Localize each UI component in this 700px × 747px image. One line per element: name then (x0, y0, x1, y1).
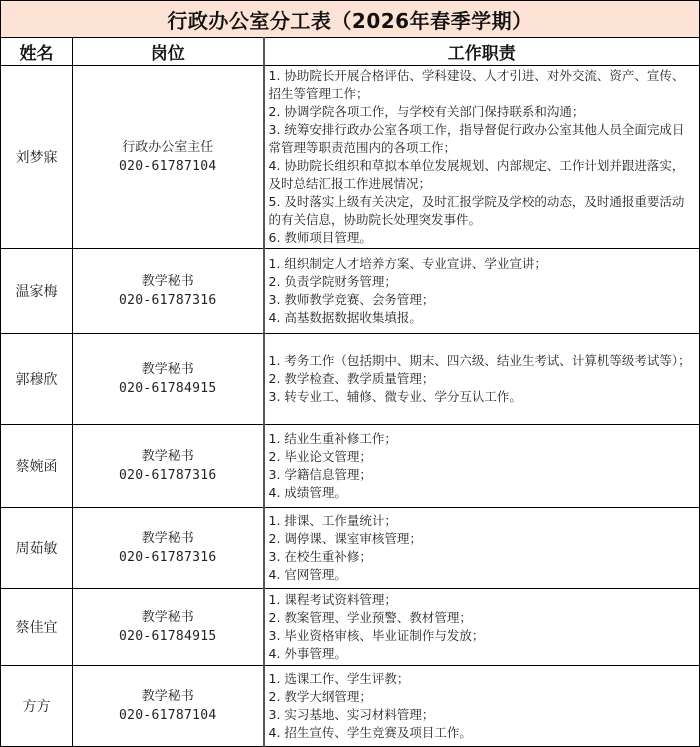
table-row: 方方 教学秘书 020-61787104 1. 选课工作、学生评教； 2. 教学… (1, 666, 700, 747)
duty-item: 1. 结业生重补修工作； (269, 430, 696, 448)
duty-item: 2. 教学大纲管理； (269, 688, 696, 706)
duty-item: 4. 官网管理。 (269, 566, 696, 584)
post-title: 教学秘书 (73, 272, 263, 291)
duty-item: 3. 转专业工、辅修、微专业、学分互认工作。 (269, 388, 696, 406)
duty-item: 2. 教学检查、教学质量管理； (269, 370, 696, 388)
table-row: 郭穆欣 教学秘书 020-61784915 1. 考务工作（包括期中、期末、四六… (1, 334, 700, 425)
duty-item: 3. 在校生重补修； (269, 548, 696, 566)
post-cell: 教学秘书 020-61787104 (73, 666, 264, 747)
duties-cell: 1. 结业生重补修工作； 2. 毕业论文管理； 3. 学籍信息管理； 4. 成绩… (264, 425, 700, 508)
phone-number: 020-61787104 (73, 706, 263, 725)
staff-name: 刘梦寐 (1, 66, 73, 249)
header-row: 姓名 岗位 工作职责 (1, 38, 700, 66)
duty-item: 3. 统筹安排行政办公室各项工作，指导督促行政办公室其他人员全面完成日常管理等职… (269, 121, 696, 157)
duty-item: 1. 课程考试资料管理； (269, 591, 696, 609)
duties-cell: 1. 课程考试资料管理； 2. 教案管理、学业预警、教材管理； 3. 毕业资格审… (264, 589, 700, 666)
duty-item: 4. 协助院长组织和草拟本单位发展规划、内部规定、工作计划并跟进落实，及时总结汇… (269, 157, 696, 193)
phone-number: 020-61787316 (73, 466, 263, 485)
phone-number: 020-61784915 (73, 379, 263, 398)
duty-item: 2. 负责学院财务管理； (269, 273, 696, 291)
column-header-duties: 工作职责 (264, 38, 700, 66)
table-row: 周茹敏 教学秘书 020-61787316 1. 排课、工作量统计； 2. 调停… (1, 508, 700, 589)
duty-item: 3. 学籍信息管理； (269, 466, 696, 484)
phone-number: 020-61784915 (73, 627, 263, 646)
post-title: 教学秘书 (73, 608, 263, 627)
duty-item: 4. 外事管理。 (269, 645, 696, 663)
duty-item: 5. 及时落实上级有关决定，及时汇报学院及学校的动态，及时通报重要活动的有关信息… (269, 193, 696, 229)
post-title: 教学秘书 (73, 360, 263, 379)
duty-item: 4. 高基数据数据收集填报。 (269, 309, 696, 327)
post-cell: 教学秘书 020-61784915 (73, 589, 264, 666)
column-header-post: 岗位 (73, 38, 264, 66)
post-title: 教学秘书 (73, 687, 263, 706)
duty-item: 2. 教案管理、学业预警、教材管理； (269, 609, 696, 627)
table-row: 温家梅 教学秘书 020-61787316 1. 组织制定人才培养方案、专业宣讲… (1, 249, 700, 334)
post-cell: 行政办公室主任 020-61787104 (73, 66, 264, 249)
staff-name: 郭穆欣 (1, 334, 73, 425)
division-of-labor-sheet: 行政办公室分工表（2026年春季学期） 姓名 岗位 工作职责 刘梦寐 行政办公室… (0, 0, 700, 747)
duty-item: 1. 组织制定人才培养方案、专业宣讲、学业宣讲； (269, 255, 696, 273)
duties-cell: 1. 考务工作（包括期中、期末、四六级、结业生考试、计算机等级考试等）； 2. … (264, 334, 700, 425)
duty-item: 1. 协助院长开展合格评估、学科建设、人才引进、对外交流、资产、宣传、招生等管理… (269, 67, 696, 103)
phone-number: 020-61787316 (73, 548, 263, 567)
column-header-name: 姓名 (1, 38, 73, 66)
duty-item: 2. 毕业论文管理； (269, 448, 696, 466)
duty-item: 1. 考务工作（包括期中、期末、四六级、结业生考试、计算机等级考试等）； (269, 352, 696, 370)
table-row: 刘梦寐 行政办公室主任 020-61787104 1. 协助院长开展合格评估、学… (1, 66, 700, 249)
table-row: 蔡婉函 教学秘书 020-61787316 1. 结业生重补修工作； 2. 毕业… (1, 425, 700, 508)
post-cell: 教学秘书 020-61787316 (73, 425, 264, 508)
duty-item: 4. 招生宣传、学生竞赛及项目工作。 (269, 724, 696, 742)
table-row: 蔡佳宜 教学秘书 020-61784915 1. 课程考试资料管理； 2. 教案… (1, 589, 700, 666)
post-title: 教学秘书 (73, 447, 263, 466)
staff-name: 方方 (1, 666, 73, 747)
duty-item: 3. 教师教学竞赛、会务管理； (269, 291, 696, 309)
duties-cell: 1. 选课工作、学生评教； 2. 教学大纲管理； 3. 实习基地、实习材料管理；… (264, 666, 700, 747)
duty-item: 2. 协调学院各项工作，与学校有关部门保持联系和沟通； (269, 103, 696, 121)
post-cell: 教学秘书 020-61787316 (73, 508, 264, 589)
duties-cell: 1. 组织制定人才培养方案、专业宣讲、学业宣讲； 2. 负责学院财务管理； 3.… (264, 249, 700, 334)
duty-item: 1. 选课工作、学生评教； (269, 670, 696, 688)
post-cell: 教学秘书 020-61784915 (73, 334, 264, 425)
phone-number: 020-61787316 (73, 291, 263, 310)
staff-name: 温家梅 (1, 249, 73, 334)
table-title: 行政办公室分工表（2026年春季学期） (1, 1, 700, 38)
duty-item: 2. 调停课、课室审核管理； (269, 530, 696, 548)
title-row: 行政办公室分工表（2026年春季学期） (1, 1, 700, 38)
phone-number: 020-61787104 (73, 157, 263, 176)
post-title: 行政办公室主任 (73, 138, 263, 157)
post-cell: 教学秘书 020-61787316 (73, 249, 264, 334)
staff-name: 蔡婉函 (1, 425, 73, 508)
duty-item: 6. 教师项目管理。 (269, 229, 696, 247)
duty-item: 3. 毕业资格审核、毕业证制作与发放； (269, 627, 696, 645)
division-of-labor-table: 行政办公室分工表（2026年春季学期） 姓名 岗位 工作职责 刘梦寐 行政办公室… (0, 0, 700, 747)
post-title: 教学秘书 (73, 529, 263, 548)
duties-cell: 1. 协助院长开展合格评估、学科建设、人才引进、对外交流、资产、宣传、招生等管理… (264, 66, 700, 249)
staff-name: 蔡佳宜 (1, 589, 73, 666)
duties-cell: 1. 排课、工作量统计； 2. 调停课、课室审核管理； 3. 在校生重补修； 4… (264, 508, 700, 589)
duty-item: 4. 成绩管理。 (269, 484, 696, 502)
duty-item: 3. 实习基地、实习材料管理； (269, 706, 696, 724)
staff-name: 周茹敏 (1, 508, 73, 589)
duty-item: 1. 排课、工作量统计； (269, 512, 696, 530)
